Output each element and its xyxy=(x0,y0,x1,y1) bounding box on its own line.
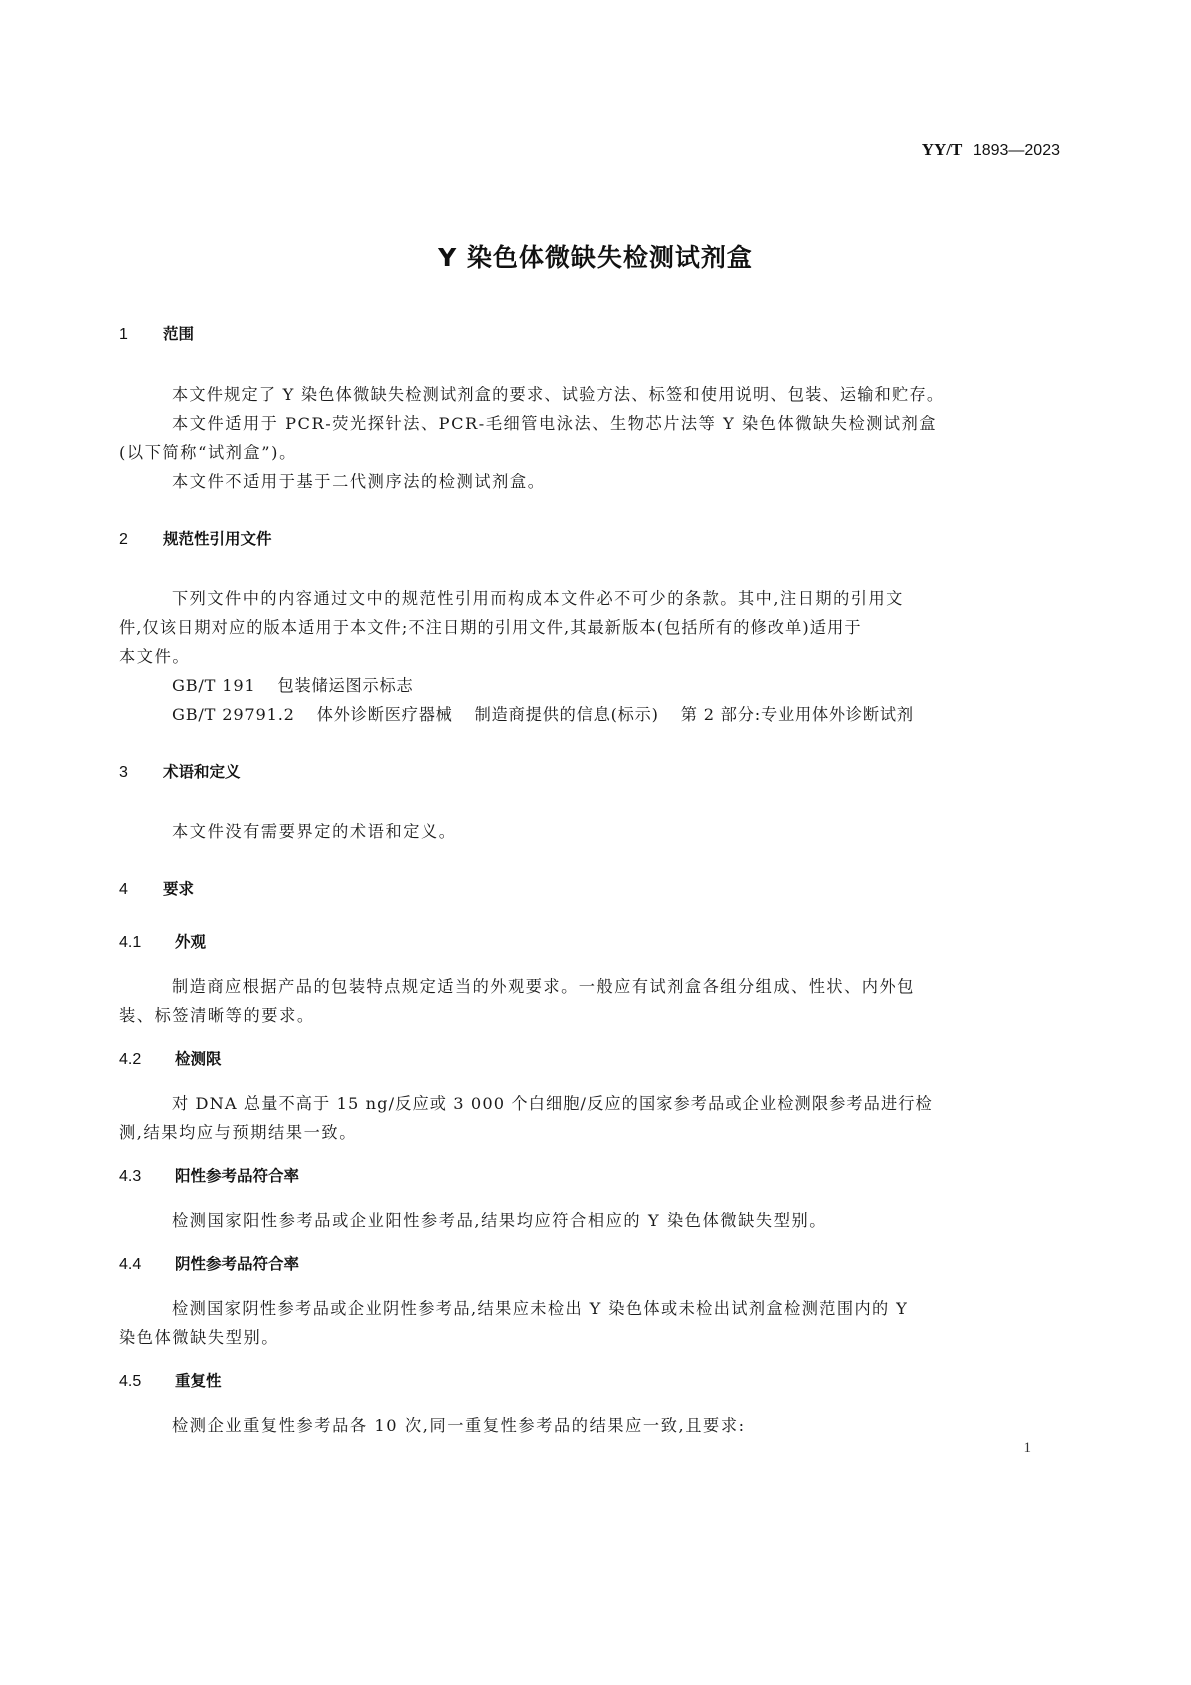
normative-reference: GB/T 29791.2体外诊断医疗器械制造商提供的信息(标示)第 2 部分:专… xyxy=(172,701,914,725)
paragraph-line: 检测国家阳性参考品或企业阳性参考品,结果均应符合相应的 Y 染色体微缺失型别。 xyxy=(172,1207,1067,1231)
section-number: 3 xyxy=(119,764,163,782)
paragraph-line: 本文件适用于 PCR-荧光探针法、PCR-毛细管电泳法、生物芯片法等 Y 染色体… xyxy=(172,410,1067,434)
reference-code: GB/T 29791.2 xyxy=(172,705,295,724)
paragraph-line: 装、标签清晰等的要求。 xyxy=(119,1002,1067,1026)
subsection-title: 检测限 xyxy=(175,1050,222,1068)
subsection-number: 4.5 xyxy=(119,1373,175,1391)
subsection-heading-4-4: 4.4阴性参考品符合率 xyxy=(119,1252,299,1274)
subsection-title: 阳性参考品符合率 xyxy=(175,1167,299,1185)
paragraph-line: 件,仅该日期对应的版本适用于本文件;不注日期的引用文件,其最新版本(包括所有的修… xyxy=(119,614,1067,638)
subsection-heading-4-3: 4.3阳性参考品符合率 xyxy=(119,1164,299,1186)
paragraph-line: 测,结果均应与预期结果一致。 xyxy=(119,1119,1067,1143)
subsection-title: 阴性参考品符合率 xyxy=(175,1255,299,1273)
reference-code: GB/T 191 xyxy=(172,676,256,695)
section-title: 要求 xyxy=(163,880,194,898)
reference-title-part: 第 2 部分:专业用体外诊断试剂 xyxy=(681,705,914,724)
subsection-number: 4.3 xyxy=(119,1168,175,1186)
page-number: 1 xyxy=(1024,1440,1032,1457)
reference-title: 包装储运图示标志 xyxy=(278,676,414,695)
section-title: 术语和定义 xyxy=(163,763,241,781)
subsection-number: 4.2 xyxy=(119,1051,175,1069)
section-heading-4: 4要求 xyxy=(119,877,194,899)
paragraph-line: 检测国家阴性参考品或企业阴性参考品,结果应未检出 Y 染色体或未检出试剂盒检测范… xyxy=(172,1295,1067,1319)
paragraph-line: 本文件。 xyxy=(119,643,1067,667)
section-number: 4 xyxy=(119,881,163,899)
subsection-number: 4.1 xyxy=(119,934,175,952)
standard-prefix: YY/T xyxy=(922,140,963,159)
section-heading-1: 1范围 xyxy=(119,322,194,344)
paragraph-line: 制造商应根据产品的包装特点规定适当的外观要求。一般应有试剂盒各组分组成、性状、内… xyxy=(172,973,1067,997)
section-heading-2: 2规范性引用文件 xyxy=(119,527,272,549)
paragraph-line: 对 DNA 总量不高于 15 ng/反应或 3 000 个白细胞/反应的国家参考… xyxy=(172,1090,1067,1114)
subsection-heading-4-2: 4.2检测限 xyxy=(119,1047,222,1069)
standard-number: 1893—2023 xyxy=(973,142,1060,159)
document-title: Y 染色体微缺失检测试剂盒 xyxy=(0,238,1191,274)
document-page: YY/T 1893—2023 Y 染色体微缺失检测试剂盒 1范围 本文件规定了 … xyxy=(0,0,1191,1685)
reference-title-part: 制造商提供的信息(标示) xyxy=(475,705,659,724)
paragraph-line: (以下简称“试剂盒”)。 xyxy=(119,439,1067,463)
section-number: 2 xyxy=(119,531,163,549)
standard-code: YY/T 1893—2023 xyxy=(922,140,1060,160)
subsection-heading-4-1: 4.1外观 xyxy=(119,930,206,952)
reference-title: 体外诊断医疗器械 xyxy=(317,705,453,724)
subsection-title: 外观 xyxy=(175,933,206,951)
section-number: 1 xyxy=(119,326,163,344)
paragraph-line: 下列文件中的内容通过文中的规范性引用而构成本文件必不可少的条款。其中,注日期的引… xyxy=(172,585,1067,609)
subsection-title: 重复性 xyxy=(175,1372,222,1390)
section-title: 范围 xyxy=(163,325,194,343)
paragraph-line: 本文件没有需要界定的术语和定义。 xyxy=(172,818,1067,842)
subsection-heading-4-5: 4.5重复性 xyxy=(119,1369,222,1391)
subsection-number: 4.4 xyxy=(119,1256,175,1274)
section-heading-3: 3术语和定义 xyxy=(119,760,241,782)
section-title: 规范性引用文件 xyxy=(163,530,272,548)
normative-reference: GB/T 191包装储运图示标志 xyxy=(172,672,413,696)
paragraph-line: 染色体微缺失型别。 xyxy=(119,1324,1067,1348)
paragraph-line: 检测企业重复性参考品各 10 次,同一重复性参考品的结果应一致,且要求: xyxy=(172,1412,1067,1436)
paragraph-line: 本文件规定了 Y 染色体微缺失检测试剂盒的要求、试验方法、标签和使用说明、包装、… xyxy=(172,381,1067,405)
paragraph-line: 本文件不适用于基于二代测序法的检测试剂盒。 xyxy=(172,468,1067,492)
